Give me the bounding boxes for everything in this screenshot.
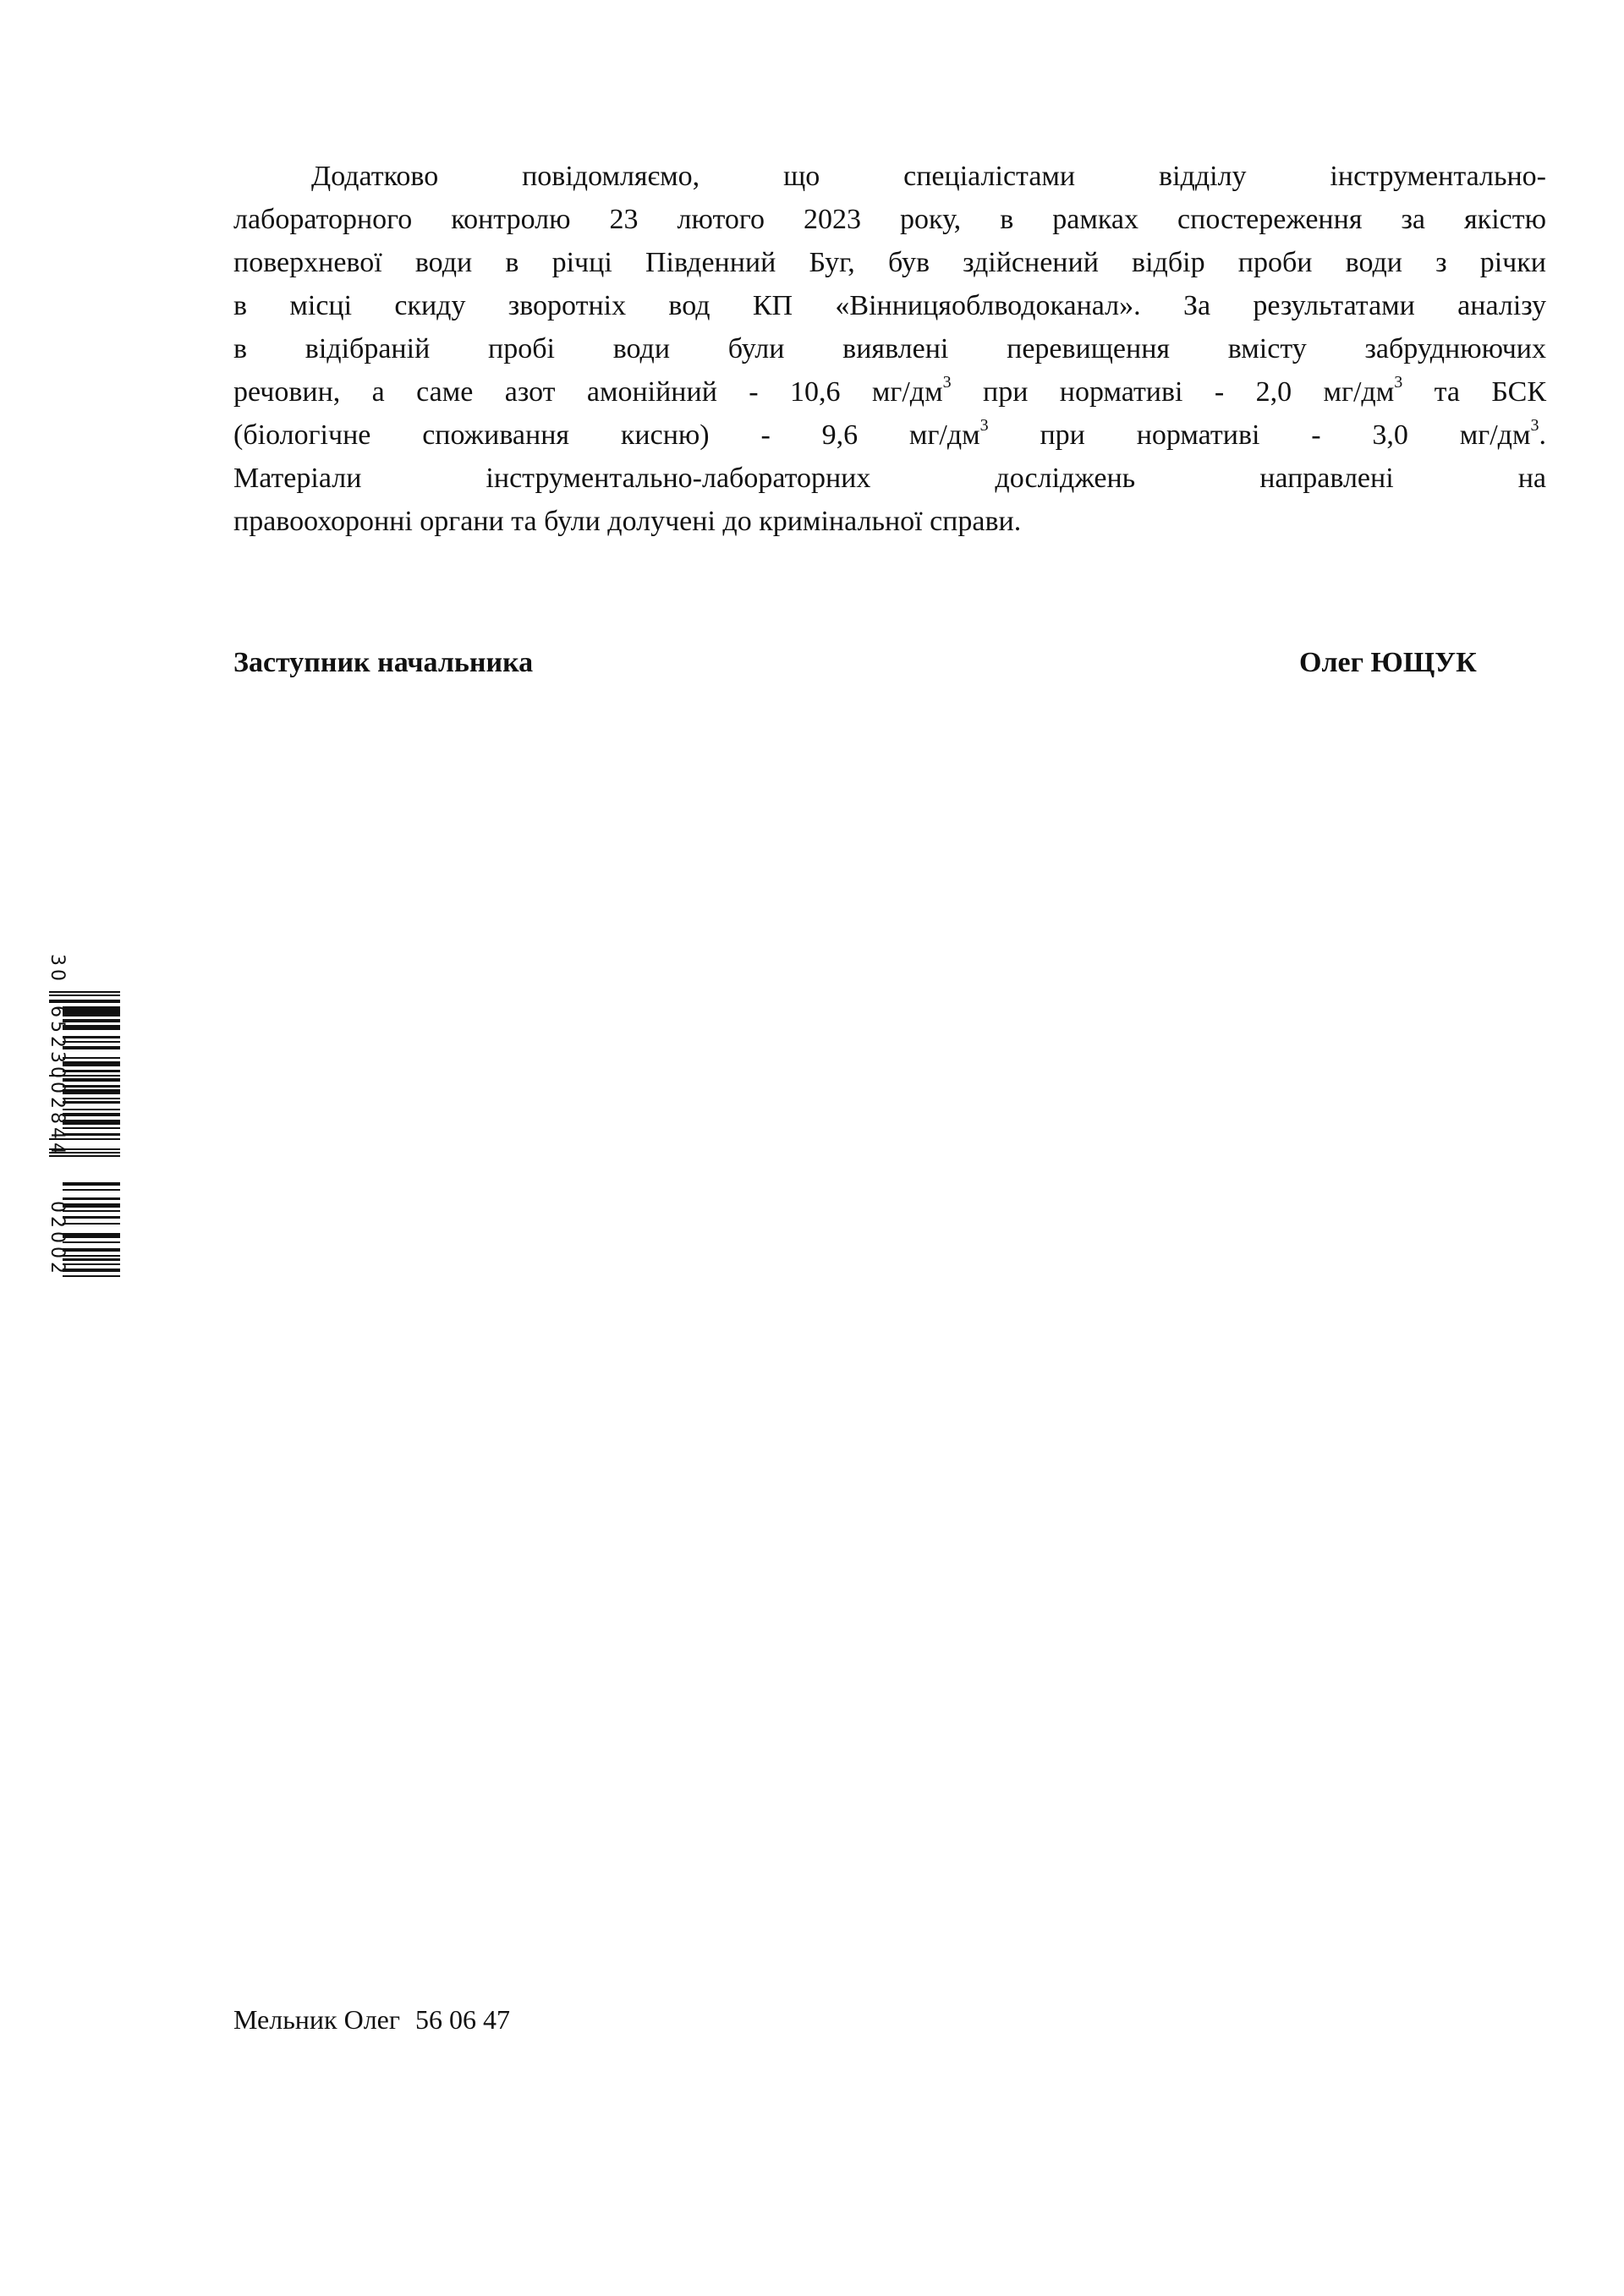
paragraph-line: в місці скиду зворотніх вод КП «Вінницяо… bbox=[233, 284, 1546, 327]
paragraph-line-ammonium: речовин, а саме азот амонійний - 10,6 мг… bbox=[233, 370, 1546, 414]
barcode-main: 6523002844 bbox=[47, 1006, 68, 1158]
executor-name: Мельник Олег bbox=[233, 2004, 400, 2035]
paragraph-line: правоохоронні органи та були долучені до… bbox=[233, 500, 1546, 543]
text-segment: при нормативі - 2,0 мг/дм bbox=[952, 376, 1395, 408]
superscript: 3 bbox=[1394, 373, 1402, 392]
executor-phone: 56 06 47 bbox=[415, 2004, 510, 2035]
executor-footer: Мельник Олег56 06 47 bbox=[233, 2003, 510, 2036]
paragraph-line: лабораторного контролю 23 лютого 2023 ро… bbox=[233, 198, 1546, 241]
document-page: Додатково повідомляємо, що спеціалістами… bbox=[0, 0, 1624, 2296]
text-segment: речовин, а саме азот амонійний - 10,6 мг… bbox=[233, 376, 943, 408]
paragraph-line: Матеріали інструментально-лабораторних д… bbox=[233, 457, 1546, 500]
barcode-prefix: 30 bbox=[47, 954, 68, 984]
paragraph-line-bod: (біологічне споживання кисню) - 9,6 мг/д… bbox=[233, 414, 1546, 457]
signatory-name: Олег ЮЩУК bbox=[1299, 644, 1477, 682]
text-segment: та БСК bbox=[1402, 376, 1546, 408]
paragraph-line: Додатково повідомляємо, що спеціалістами… bbox=[233, 155, 1546, 198]
text-segment: при нормативі - 3,0 мг/дм bbox=[989, 419, 1531, 451]
paragraph-line: поверхневої води в річці Південний Буг, … bbox=[233, 241, 1546, 284]
body-paragraph: Додатково повідомляємо, що спеціалістами… bbox=[233, 155, 1546, 543]
text-segment: (біологічне споживання кисню) - 9,6 мг/д… bbox=[233, 419, 980, 451]
superscript: 3 bbox=[980, 416, 989, 435]
superscript: 3 bbox=[943, 373, 952, 392]
paragraph-line: в відібраній пробі води були виявлені пе… bbox=[233, 327, 1546, 370]
signatory-position: Заступник начальника bbox=[233, 644, 533, 682]
text-segment: . bbox=[1539, 419, 1547, 451]
barcode-suffix: 02002 bbox=[47, 1201, 68, 1277]
superscript: 3 bbox=[1531, 416, 1539, 435]
barcode-number: 30 6523002844 02002 bbox=[42, 954, 68, 1299]
